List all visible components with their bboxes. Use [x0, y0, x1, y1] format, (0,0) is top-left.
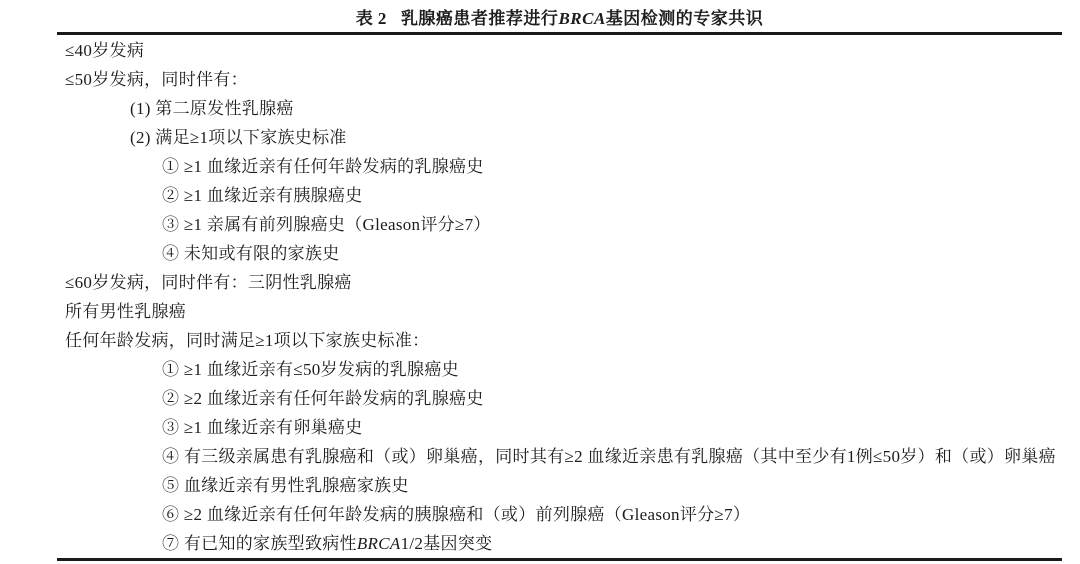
table-title-gene-name: BRCA [558, 9, 605, 28]
table-row-suffix: 1/2基因突变 [401, 534, 493, 553]
table-row: ≤40岁发病 [57, 36, 1062, 65]
journal-table-page: 表 2乳腺癌患者推荐进行BRCA基因检测的专家共识 ≤40岁发病 ≤50岁发病，… [0, 0, 1080, 564]
table-bottom-rule [57, 558, 1062, 561]
table-row: (2) 满足≥1项以下家族史标准 [57, 123, 1062, 152]
table-row: ② ≥1 血缘近亲有胰腺癌史 [57, 181, 1062, 210]
table-row: ① ≥1 血缘近亲有≤50岁发病的乳腺癌史 [57, 355, 1062, 384]
table-row: (1) 第二原发性乳腺癌 [57, 94, 1062, 123]
table-row: 所有男性乳腺癌 [57, 297, 1062, 326]
table-number-label: 表 2 [356, 9, 387, 28]
table-row-prefix: ⑦ 有已知的家族型致病性 [162, 534, 357, 553]
table-row: ④ 有三级亲属患有乳腺癌和（或）卵巢癌，同时其有≥2 血缘近亲患有乳腺癌（其中至… [57, 442, 1062, 471]
table-row: ③ ≥1 亲属有前列腺癌史（Gleason评分≥7） [57, 210, 1062, 239]
table-row: ⑦ 有已知的家族型致病性BRCA1/2基因突变 [57, 529, 1062, 558]
table-row: ③ ≥1 血缘近亲有卵巢癌史 [57, 413, 1062, 442]
table-row: 任何年龄发病，同时满足≥1项以下家族史标准： [57, 326, 1062, 355]
table-row: ⑥ ≥2 血缘近亲有任何年龄发病的胰腺癌和（或）前列腺癌（Gleason评分≥7… [57, 500, 1062, 529]
table-row: ⑤ 血缘近亲有男性乳腺癌家族史 [57, 471, 1062, 500]
table-title: 表 2乳腺癌患者推荐进行BRCA基因检测的专家共识 [57, 0, 1062, 32]
table-2-brca-consensus: 表 2乳腺癌患者推荐进行BRCA基因检测的专家共识 ≤40岁发病 ≤50岁发病，… [57, 0, 1062, 561]
table-title-suffix: 基因检测的专家共识 [606, 9, 764, 28]
table-row: ≤50岁发病，同时伴有： [57, 65, 1062, 94]
table-body: ≤40岁发病 ≤50岁发病，同时伴有： (1) 第二原发性乳腺癌 (2) 满足≥… [57, 35, 1062, 558]
table-row: ≤60岁发病，同时伴有：三阴性乳腺癌 [57, 268, 1062, 297]
table-row: ① ≥1 血缘近亲有任何年龄发病的乳腺癌史 [57, 152, 1062, 181]
brca-gene-name: BRCA [357, 534, 401, 553]
table-row: ④ 未知或有限的家族史 [57, 239, 1062, 268]
table-row: ② ≥2 血缘近亲有任何年龄发病的乳腺癌史 [57, 384, 1062, 413]
table-title-prefix: 乳腺癌患者推荐进行 [401, 9, 559, 28]
